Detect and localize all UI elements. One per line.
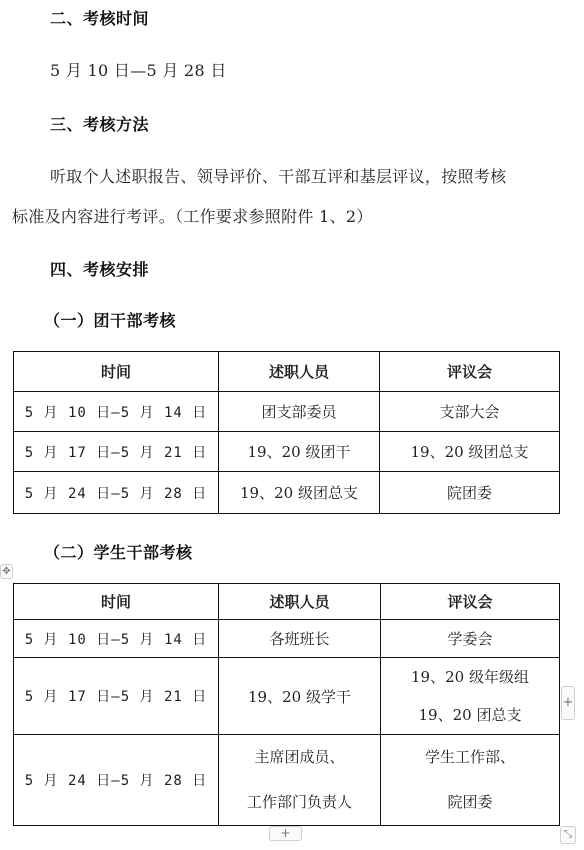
time-cell[interactable]: 5 月 10 日—5 月 14 日 (14, 392, 219, 432)
table-move-handle[interactable]: ✥ (0, 564, 13, 579)
league-cadre-schedule-table: 时间 述职人员 评议会 5 月 10 日—5 月 14 日 团支部委员 支部大会… (13, 351, 560, 514)
column-header-time: 时间 (14, 352, 219, 392)
review-line: 19、20 级年级组 (381, 658, 559, 696)
table-row: 5 月 24 日—5 月 28 日 主席团成员、 工作部门负责人 学生工作部、 … (14, 735, 560, 826)
presenter-cell[interactable]: 团支部委员 (219, 392, 380, 432)
assessment-period-text: 5 月 10 日—5 月 28 日 (50, 58, 227, 81)
presenter-cell[interactable]: 19、20 级学干 (219, 658, 381, 735)
review-cell[interactable]: 学生工作部、 院团委 (381, 735, 560, 826)
section-heading-time: 二、考核时间 (50, 6, 149, 29)
section-heading-method: 三、考核方法 (50, 112, 149, 135)
presenter-cell[interactable]: 各班班长 (219, 620, 381, 658)
section-heading-arrangement: 四、考核安排 (50, 257, 149, 280)
review-cell[interactable]: 支部大会 (380, 392, 560, 432)
time-cell[interactable]: 5 月 24 日—5 月 28 日 (14, 735, 219, 826)
add-row-button[interactable]: + (269, 826, 302, 841)
table-row: 5 月 10 日—5 月 14 日 团支部委员 支部大会 (14, 392, 560, 432)
table-header-row: 时间 述职人员 评议会 (14, 352, 560, 392)
time-cell[interactable]: 5 月 10 日—5 月 14 日 (14, 620, 219, 658)
review-cell[interactable]: 院团委 (380, 472, 560, 514)
review-cell[interactable]: 学委会 (381, 620, 560, 658)
table-row: 5 月 17 日—5 月 21 日 19、20 级团干 19、20 级团总支 (14, 432, 560, 472)
column-header-presenter: 述职人员 (219, 584, 381, 620)
time-cell[interactable]: 5 月 17 日—5 月 21 日 (14, 658, 219, 735)
column-header-review-meeting: 评议会 (381, 584, 560, 620)
presenter-line: 工作部门负责人 (219, 780, 380, 825)
table-row: 5 月 17 日—5 月 21 日 19、20 级学干 19、20 级年级组 1… (14, 658, 560, 735)
move-icon: ✥ (2, 566, 10, 577)
column-header-review-meeting: 评议会 (380, 352, 560, 392)
review-line: 19、20 团总支 (381, 696, 559, 734)
column-header-presenter: 述职人员 (219, 352, 380, 392)
time-cell[interactable]: 5 月 17 日—5 月 21 日 (14, 432, 219, 472)
table-row: 5 月 10 日—5 月 14 日 各班班长 学委会 (14, 620, 560, 658)
subsection-heading-student-cadres: （二）学生干部考核 (44, 540, 193, 563)
resize-icon: ⤡ (564, 829, 572, 840)
plus-icon: + (280, 826, 290, 840)
review-cell[interactable]: 19、20 级年级组 19、20 团总支 (381, 658, 560, 735)
review-line: 院团委 (381, 780, 559, 825)
table-header-row: 时间 述职人员 评议会 (14, 584, 560, 620)
presenter-cell[interactable]: 主席团成员、 工作部门负责人 (219, 735, 381, 826)
plus-icon: + (563, 695, 574, 710)
table-row: 5 月 24 日—5 月 28 日 19、20 级团总支 院团委 (14, 472, 560, 514)
student-cadre-schedule-table: 时间 述职人员 评议会 5 月 10 日—5 月 14 日 各班班长 学委会 5… (13, 583, 560, 826)
method-paragraph-line2: 标准及内容进行考评。（工作要求参照附件 1、2） (12, 204, 373, 227)
table-resize-handle[interactable]: ⤡ (560, 826, 576, 844)
review-cell[interactable]: 19、20 级团总支 (380, 432, 560, 472)
add-column-button[interactable]: + (561, 686, 575, 720)
presenter-line: 主席团成员、 (219, 735, 380, 780)
method-paragraph-line1: 听取个人述职报告、领导评价、干部互评和基层评议，按照考核 (50, 164, 506, 187)
presenter-cell[interactable]: 19、20 级团总支 (219, 472, 380, 514)
subsection-heading-league-cadres: （一）团干部考核 (44, 308, 176, 331)
column-header-time: 时间 (14, 584, 219, 620)
review-line: 学生工作部、 (381, 735, 559, 780)
time-cell[interactable]: 5 月 24 日—5 月 28 日 (14, 472, 219, 514)
presenter-cell[interactable]: 19、20 级团干 (219, 432, 380, 472)
